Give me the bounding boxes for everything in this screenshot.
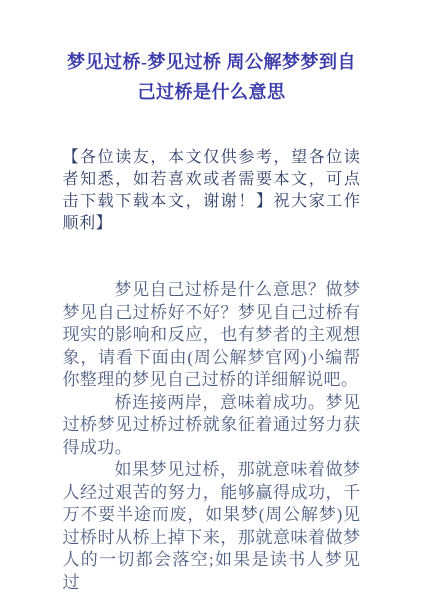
document-page: 梦见过桥-梦见过桥 周公解梦梦到自己过桥是什么意思 【各位读友，本文仅供参考，望…: [0, 0, 423, 600]
body-paragraph: 桥连接两岸，意味着成功。梦见过桥梦见过桥过桥就象征着通过努力获得成功。: [63, 392, 361, 460]
article-body: 梦见自己过桥是什么意思？做梦梦见自己过桥好不好？梦见自己过桥有现实的影响和反应，…: [63, 279, 361, 594]
body-paragraph: 如果梦见过桥，那就意味着做梦人经过艰苦的努力，能够赢得成功，千万不要半途而废，如…: [63, 459, 361, 594]
document-content-column: 梦见过桥-梦见过桥 周公解梦梦到自己过桥是什么意思 【各位读友，本文仅供参考，望…: [63, 47, 361, 594]
body-paragraph: 梦见自己过桥是什么意思？做梦梦见自己过桥好不好？梦见自己过桥有现实的影响和反应，…: [63, 279, 361, 392]
disclaimer-paragraph: 【各位读友，本文仅供参考，望各位读者知悉，如若喜欢或者需要本文，可点击下载下载本…: [63, 147, 361, 235]
page-title: 梦见过桥-梦见过桥 周公解梦梦到自己过桥是什么意思: [63, 47, 361, 107]
